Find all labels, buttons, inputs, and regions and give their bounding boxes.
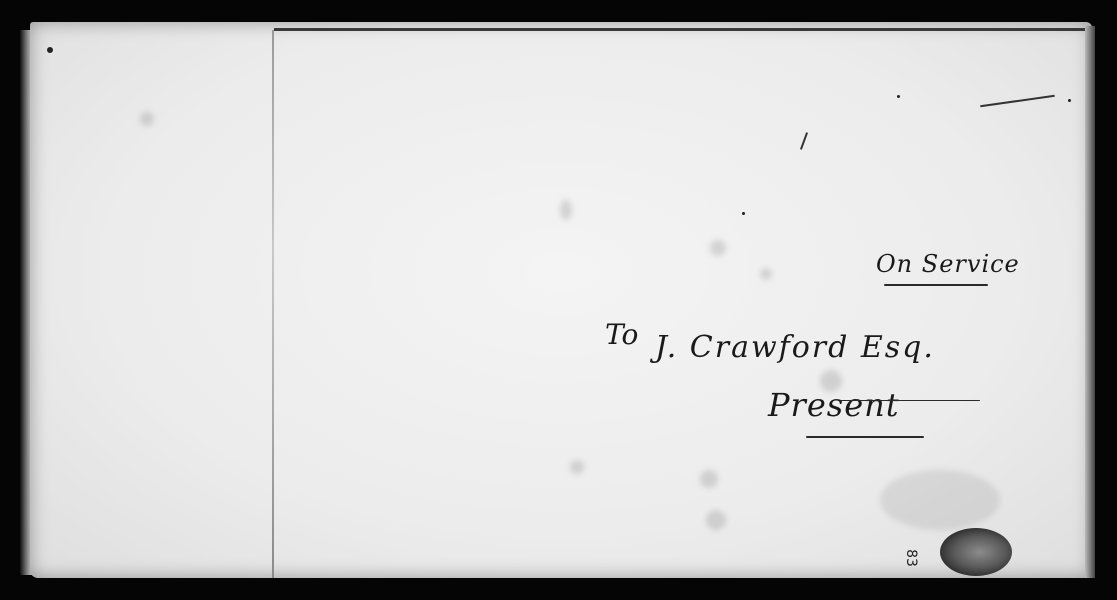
delivery-stroke (840, 400, 980, 401)
addressee-text: J. Crawford Esq. (655, 330, 935, 365)
foxing-spot (706, 510, 726, 530)
endorsement-underline (884, 284, 988, 286)
wax-seal-remnant (940, 528, 1012, 576)
speck (897, 95, 900, 98)
page-right-edge (1085, 26, 1095, 578)
speck (1068, 99, 1071, 102)
endorsement-text: On Service (876, 250, 1020, 278)
foxing-spot (140, 112, 154, 126)
speck (742, 212, 745, 215)
speck (47, 47, 53, 53)
foxing-spot (760, 268, 772, 280)
foxing-spot (880, 470, 1000, 530)
foxing-spot (560, 200, 572, 220)
foxing-spot (700, 470, 718, 488)
fold-crease (272, 30, 274, 578)
flap-top-edge (274, 28, 1090, 31)
delivery-text: Present (768, 386, 900, 424)
foxing-spot (570, 460, 584, 474)
delivery-underline (806, 436, 924, 438)
salutation-text: To (605, 318, 638, 351)
seal-mark-text: 83 (903, 549, 919, 567)
foxing-spot (710, 240, 726, 256)
